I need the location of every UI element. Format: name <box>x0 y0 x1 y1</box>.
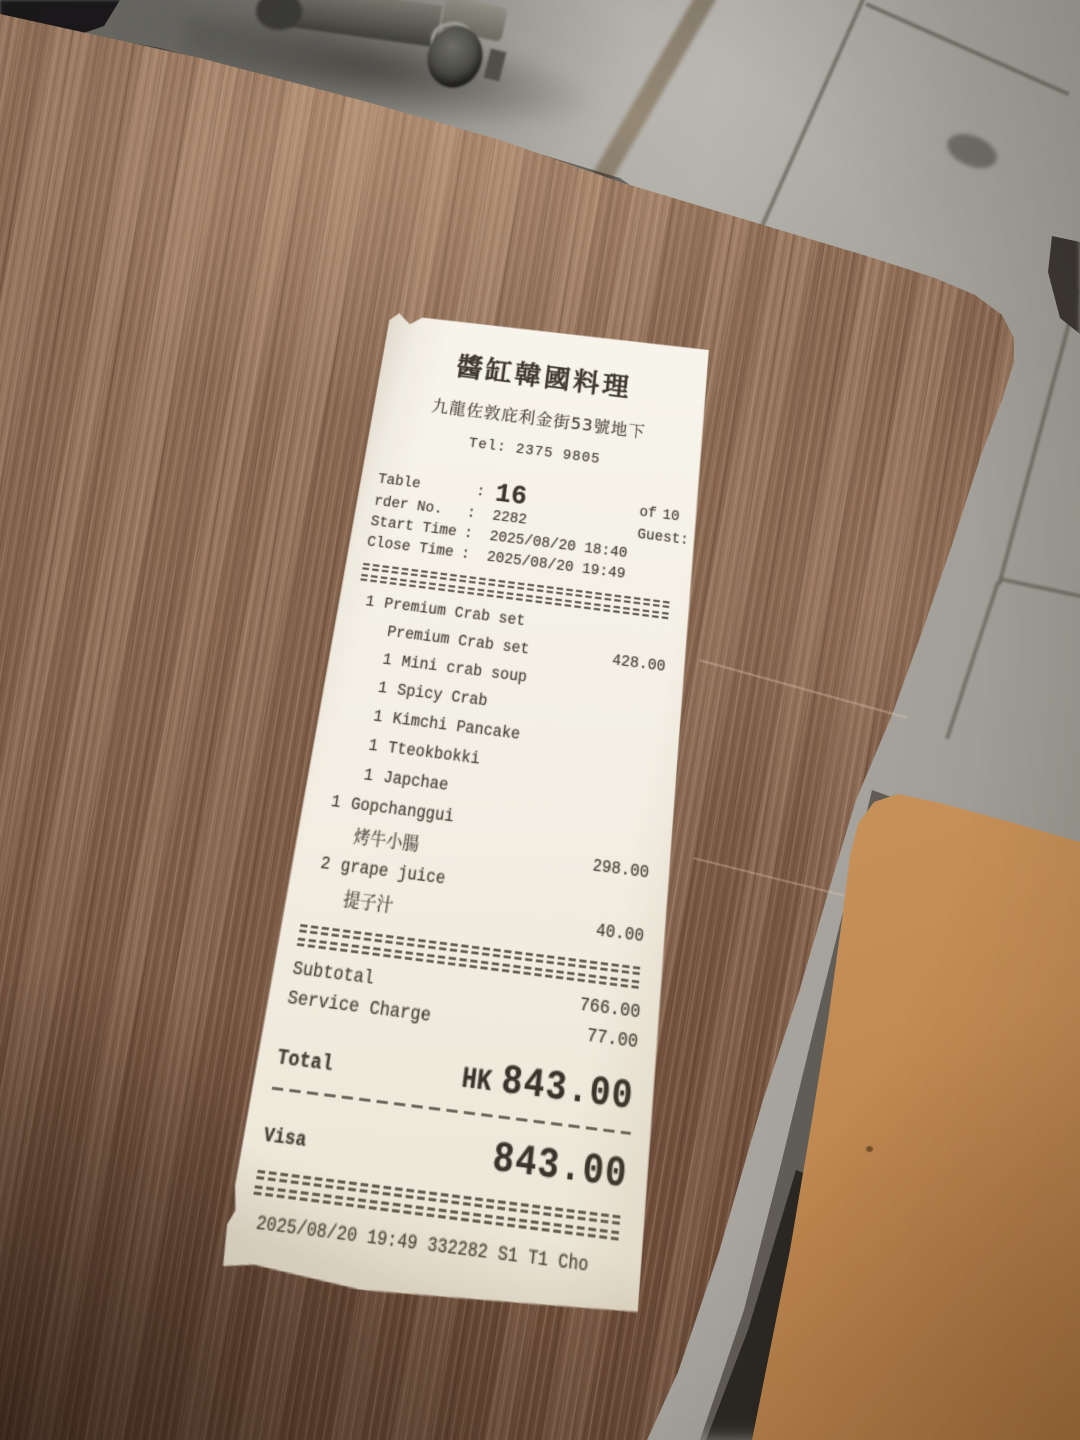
chair-speck <box>866 1146 873 1152</box>
items-list: 1Premium Crab set Premium Crab set428.00… <box>303 588 671 955</box>
grout-line <box>865 2 1069 96</box>
guest-label: of Guest: <box>636 503 697 555</box>
payment-amount: 843.00 <box>489 1127 630 1210</box>
grout-line <box>945 581 1000 739</box>
item-qty: 1 <box>372 708 384 727</box>
floor-stain <box>942 127 1001 174</box>
item-name-chinese: 烤牛小腸 <box>352 827 420 856</box>
currency-label: HK <box>459 1057 494 1106</box>
total-amount-group: HK 843.00 <box>458 1046 636 1131</box>
guest-count-group: of Guest: 10 <box>638 503 680 530</box>
item-qty: 1 <box>364 594 376 612</box>
table-number: 16 <box>494 480 529 510</box>
photo-scene: 醬缸韓國料理 九龍佐敦庇利金街53號地下 Tel: 2375 9805 Tabl… <box>0 0 1080 1440</box>
totals-section: Subtotal 766.00 Service Charge 77.00 Tot… <box>246 955 642 1286</box>
service-charge-value: 77.00 <box>585 1022 639 1059</box>
grout-line <box>1000 577 1080 598</box>
table-colon: : <box>468 482 486 506</box>
item-qty: 1 <box>367 737 379 757</box>
item-qty: 1 <box>329 793 342 813</box>
item-name-chinese: 提子汁 <box>342 890 395 918</box>
item-name: Japchae <box>382 769 450 796</box>
item-qty: 1 <box>376 680 388 699</box>
item-qty: 2 <box>319 855 332 876</box>
total-label: Total <box>274 1041 335 1082</box>
payment-method-label: Visa <box>261 1121 309 1159</box>
item-price: 40.00 <box>594 916 645 954</box>
item-qty: 1 <box>381 652 393 671</box>
item-qty: 1 <box>362 767 374 787</box>
